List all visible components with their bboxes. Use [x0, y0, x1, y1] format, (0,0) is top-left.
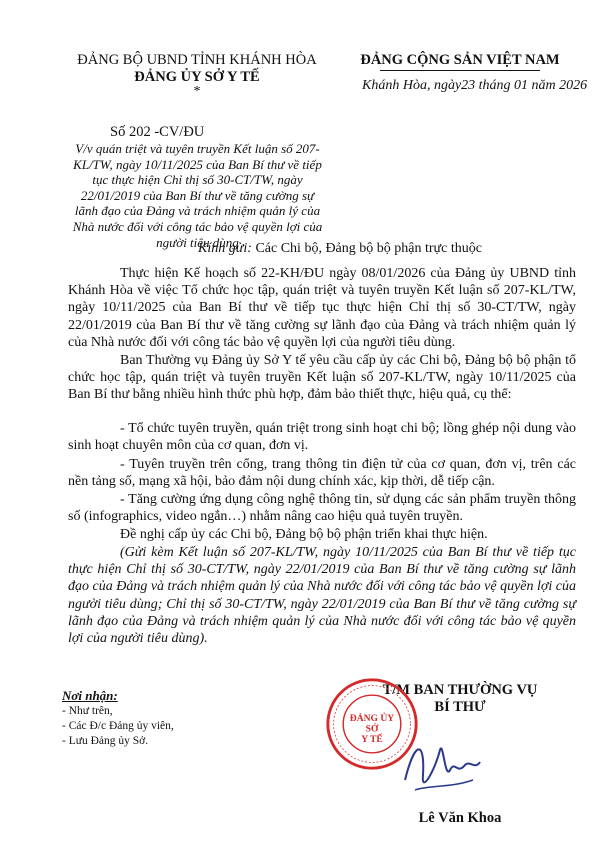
svg-text:SỞ: SỞ [366, 723, 379, 735]
svg-text:Y TẾ: Y TẾ [361, 732, 383, 745]
recipient-item: - Như trên, [62, 704, 292, 719]
party-header: ĐẢNG CỘNG SẢN VIỆT NAM [340, 52, 580, 71]
svg-text:ĐẢNG ỦY: ĐẢNG ỦY [350, 712, 395, 724]
document-number: Số 202 -CV/ĐU [110, 124, 204, 141]
addressee-value: Các Chi bộ, Đảng bộ bộ phận trực thuộc [252, 241, 482, 256]
recipients-list: Nơi nhận: - Như trên, - Các Đ/c Đảng ủy … [62, 688, 292, 749]
org-line-1: ĐẢNG BỘ UBND TỈNH KHÁNH HÒA [62, 52, 332, 69]
issuing-org-header: ĐẢNG BỘ UBND TỈNH KHÁNH HÒA ĐẢNG ỦY SỞ Y… [62, 52, 332, 98]
addressee: Kính gửi: Các Chi bộ, Đảng bộ bộ phận tr… [100, 241, 580, 257]
star-divider: * [62, 86, 332, 98]
paragraph-3: Đề nghị cấp ủy các Chi bộ, Đảng bộ bộ ph… [68, 526, 576, 543]
date-line: Khánh Hòa, ngày23 tháng 01 năm 2026 [362, 78, 587, 94]
paragraph-1: Thực hiện Kế hoạch số 22-KH/ĐU ngày 08/0… [68, 265, 576, 351]
recipients-title: Nơi nhận: [62, 688, 292, 704]
party-name: ĐẢNG CỘNG SẢN VIỆT NAM [340, 52, 580, 69]
attachment-note: (Gửi kèm Kết luận số 207-KL/TW, ngày 10/… [68, 544, 576, 647]
recipient-item: - Các Đ/c Đảng ủy viên, [62, 719, 292, 734]
addressee-label: Kính gửi: [198, 241, 252, 256]
paragraph-2: Ban Thường vụ Đảng ủy Sở Y tế yêu cầu cấ… [68, 352, 576, 404]
bullet-3: - Tăng cường ứng dụng công nghệ thông ti… [68, 491, 576, 525]
handwritten-signature-icon [395, 720, 485, 810]
document-subject: V/v quán triệt và tuyên truyền Kết luận … [70, 141, 325, 250]
signer-name: Lê Văn Khoa [340, 810, 580, 827]
bullet-1: - Tổ chức tuyên truyền, quán triệt trong… [68, 420, 576, 454]
party-underline [380, 70, 540, 71]
bullet-2: - Tuyên truyền trên cổng, trang thông ti… [68, 456, 576, 490]
recipient-item: - Lưu Đảng ủy Sở. [62, 734, 292, 749]
